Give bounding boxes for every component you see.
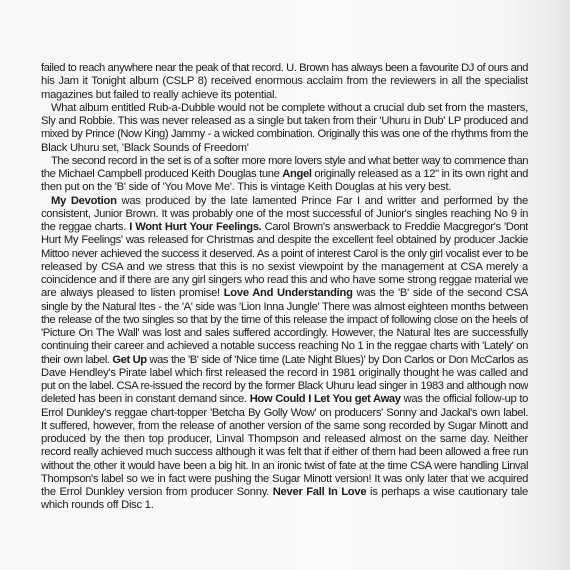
text-run: continuing their career and achieved a n… bbox=[41, 340, 528, 352]
text-line: then put on the 'B' side of 'You Move Me… bbox=[41, 181, 528, 194]
text-line: record really achieved much success alth… bbox=[41, 446, 528, 459]
text-line: coincidence and if there are any girl si… bbox=[41, 274, 528, 287]
text-run: Sly and Robbie. This was never released … bbox=[41, 115, 528, 127]
text-line: failed to reach anywhere near the peak o… bbox=[41, 62, 528, 75]
text-run: Carol Brown's answerback to Freddie Macg… bbox=[261, 221, 528, 233]
text-line: the reggae charts. I Wont Hurt Your Feel… bbox=[41, 221, 528, 234]
text-line: What album entitled Rub-a-Dubble would n… bbox=[41, 102, 528, 115]
text-line: 'Picture On The Wall' was lost and sales… bbox=[41, 327, 528, 340]
text-line: without the other it would have been a b… bbox=[41, 460, 528, 473]
text-run: the release of the two singles so that b… bbox=[41, 314, 528, 326]
text-line: his Jam it Tonight album (CSLP 8) receiv… bbox=[41, 75, 528, 88]
text-run: released by CSA and we stress that this … bbox=[41, 261, 528, 273]
text-run: magazines but failed to really achieve i… bbox=[41, 89, 277, 101]
text-line: produced by the then top producer, Linva… bbox=[41, 433, 528, 446]
text-run: Errol Dunkley's reggae chart-topper 'Bet… bbox=[41, 407, 528, 419]
text-line: single by the Natural Ites - the 'A' sid… bbox=[41, 301, 528, 314]
song-title: My Devotion bbox=[51, 195, 117, 207]
text-run: his Jam it Tonight album (CSLP 8) receiv… bbox=[41, 75, 528, 87]
text-run: the Errol Dunkley version from producer … bbox=[41, 486, 273, 498]
text-line: continuing their career and achieved a n… bbox=[41, 340, 528, 353]
text-line: magazines but failed to really achieve i… bbox=[41, 89, 528, 102]
text-line: Sly and Robbie. This was never released … bbox=[41, 115, 528, 128]
text-run: Thompson's label so we in fact were push… bbox=[41, 473, 528, 485]
text-run: coincidence and if there are any girl si… bbox=[41, 274, 528, 286]
text-run: was the 'B' side of 'Nice time (Late Nig… bbox=[147, 354, 528, 366]
text-line: It suffered, however, from the release o… bbox=[41, 420, 528, 433]
text-run: was the 'B' side of the second CSA bbox=[353, 287, 528, 299]
text-run: Dave Hendley's Pirate label which first … bbox=[41, 367, 528, 379]
song-title: Get Up bbox=[112, 354, 146, 366]
text-run: The second record in the set is of a sof… bbox=[51, 155, 528, 167]
text-line: are always pleased to listen promise! Lo… bbox=[41, 287, 528, 300]
text-run: was produced by the late lamented Prince… bbox=[117, 195, 528, 207]
liner-notes-page: failed to reach anywhere near the peak o… bbox=[0, 0, 570, 570]
text-run: mixed by Prince (Now King) Jammy - a wic… bbox=[41, 128, 528, 140]
liner-notes-text: failed to reach anywhere near the peak o… bbox=[41, 62, 528, 513]
text-run: Hurt My Feelings' was released for Chris… bbox=[41, 234, 528, 246]
text-run: originally released as a 12" in its own … bbox=[312, 168, 528, 180]
song-title: Angel bbox=[282, 168, 311, 180]
text-run: 'Picture On The Wall' was lost and sales… bbox=[41, 327, 528, 339]
song-title: Love And Understanding bbox=[224, 287, 353, 299]
text-line: consistent, Junior Brown. It was probabl… bbox=[41, 208, 528, 221]
text-run: their own label. bbox=[41, 354, 112, 366]
text-line: My Devotion was produced by the late lam… bbox=[41, 195, 528, 208]
text-run: It suffered, however, from the release o… bbox=[41, 420, 528, 432]
text-run: What album entitled Rub-a-Dubble would n… bbox=[51, 102, 528, 114]
text-line: released by CSA and we stress that this … bbox=[41, 261, 528, 274]
text-line: Hurt My Feelings' was released for Chris… bbox=[41, 234, 528, 247]
text-run: without the other it would have been a b… bbox=[41, 460, 528, 472]
text-line: Errol Dunkley's reggae chart-topper 'Bet… bbox=[41, 407, 528, 420]
text-line: put on the label. CSA re-issued the reco… bbox=[41, 380, 528, 393]
text-line: The second record in the set is of a sof… bbox=[41, 155, 528, 168]
text-line: the Michael Campbell produced Keith Doug… bbox=[41, 168, 528, 181]
text-run: consistent, Junior Brown. It was probabl… bbox=[41, 208, 528, 220]
text-run: the reggae charts. bbox=[41, 221, 129, 233]
text-run: is perhaps a wise cautionary tale bbox=[366, 486, 528, 498]
text-line: Thompson's label so we in fact were push… bbox=[41, 473, 528, 486]
text-line: mixed by Prince (Now King) Jammy - a wic… bbox=[41, 128, 528, 141]
text-run: record really achieved much success alth… bbox=[41, 446, 528, 458]
text-run: deleted has been in constant demand sinc… bbox=[41, 393, 250, 405]
text-line: Mittoo never achieved the success it des… bbox=[41, 248, 528, 261]
text-run: Black Uhuru set, 'Black Sounds of Freedo… bbox=[41, 142, 249, 154]
text-line: the release of the two singles so that b… bbox=[41, 314, 528, 327]
text-run: then put on the 'B' side of 'You Move Me… bbox=[41, 181, 451, 193]
song-title: I Wont Hurt Your Feelings. bbox=[129, 221, 261, 233]
text-line: their own label. Get Up was the 'B' side… bbox=[41, 354, 528, 367]
text-line: Black Uhuru set, 'Black Sounds of Freedo… bbox=[41, 142, 528, 155]
text-run: put on the label. CSA re-issued the reco… bbox=[41, 380, 528, 392]
text-run: produced by the then top producer, Linva… bbox=[41, 433, 528, 445]
text-run: was the official follow-up to bbox=[401, 393, 528, 405]
text-run: Mittoo never achieved the success it des… bbox=[41, 248, 528, 260]
text-line: Dave Hendley's Pirate label which first … bbox=[41, 367, 528, 380]
text-run: the Michael Campbell produced Keith Doug… bbox=[41, 168, 282, 180]
text-line: deleted has been in constant demand sinc… bbox=[41, 393, 528, 406]
text-run: single by the Natural Ites - the 'A' sid… bbox=[41, 301, 528, 313]
text-line: which rounds off Disc 1. bbox=[41, 499, 528, 512]
song-title: Never Fall In Love bbox=[273, 486, 367, 498]
text-run: failed to reach anywhere near the peak o… bbox=[41, 62, 528, 74]
song-title: How Could I Let You get Away bbox=[250, 393, 401, 405]
text-run: are always pleased to listen promise! bbox=[41, 287, 224, 299]
text-run: which rounds off Disc 1. bbox=[41, 499, 154, 511]
text-line: the Errol Dunkley version from producer … bbox=[41, 486, 528, 499]
